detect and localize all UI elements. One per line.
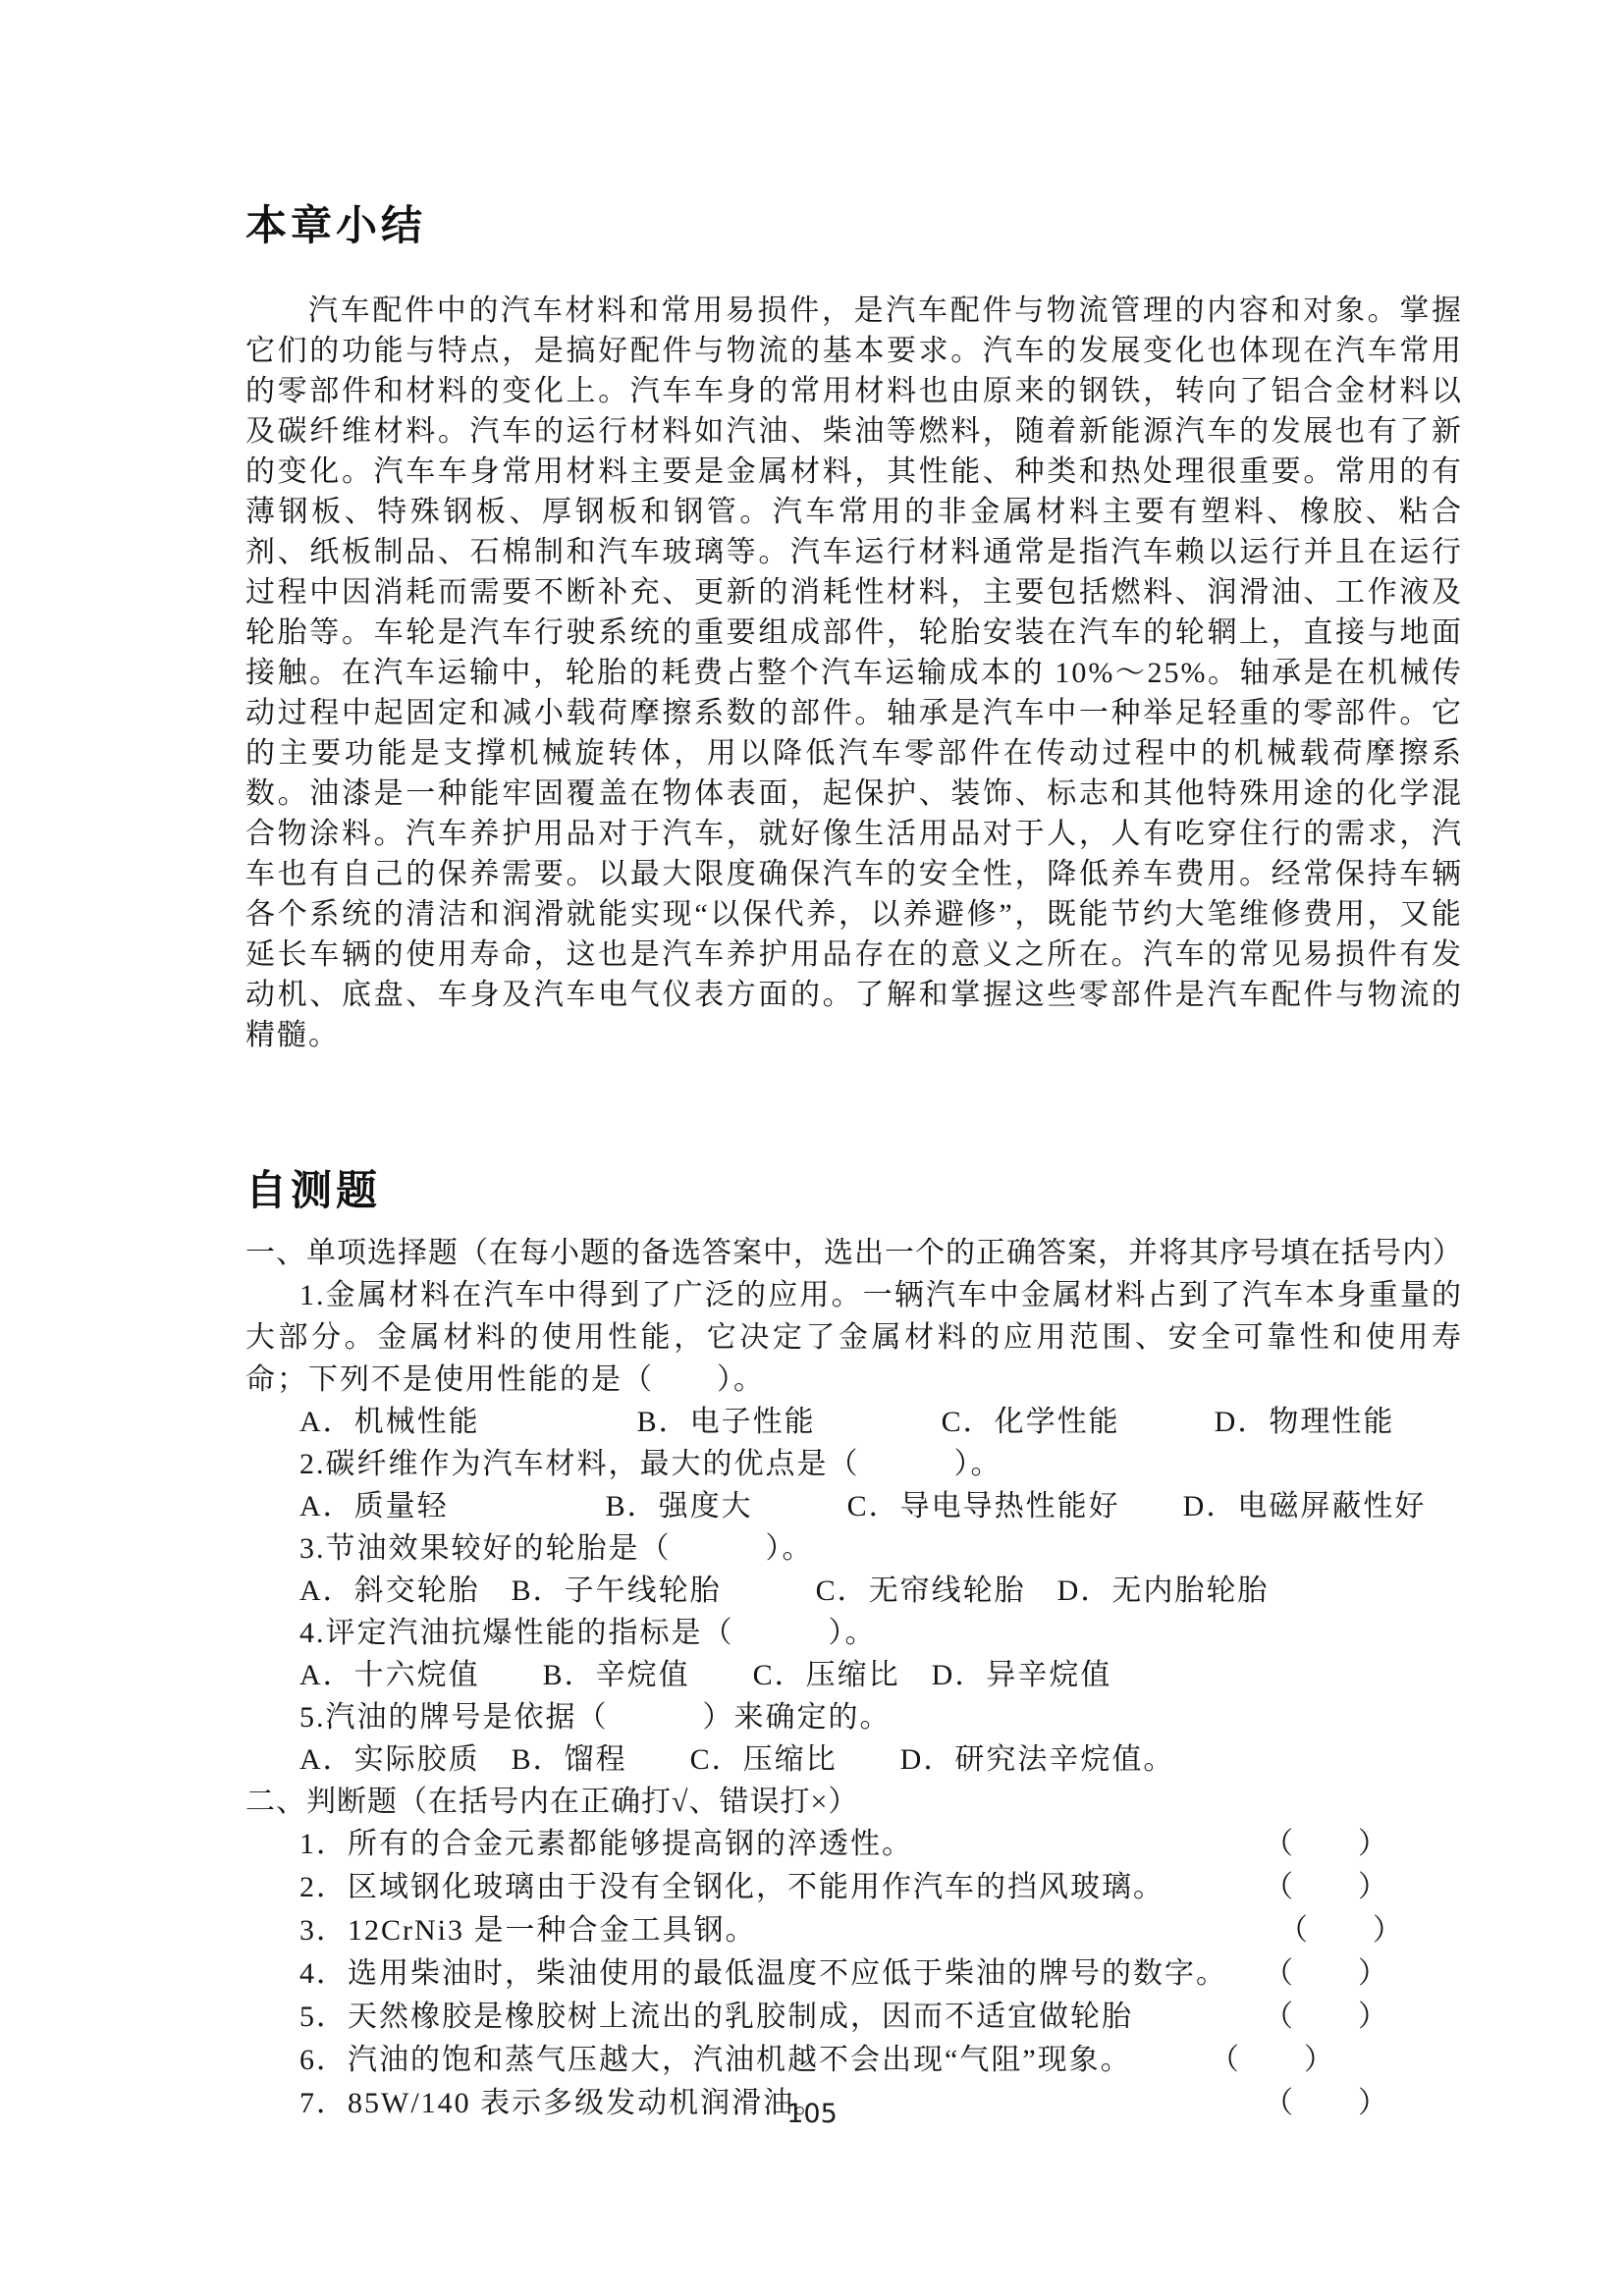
- true-false-item-4: 4．选用柴油时，柴油使用的最低温度不应低于柴油的牌号的数字。 （ ）: [245, 1952, 1463, 1996]
- self-test-body: 一、单项选择题（在每小题的备选答案中，选出一个的正确答案，并将其序号填在括号内）…: [245, 1232, 1463, 2125]
- question-options: A．实际胶质 B．馏程 C．压缩比 D．研究法辛烷值。: [245, 1738, 1463, 1781]
- statement-text: 5．天然橡胶是橡胶树上流出的乳胶制成，因而不适宜做轮胎: [299, 1996, 1133, 2039]
- true-false-section-heading: 二、判断题（在括号内在正确打√、错误打×）: [245, 1781, 1463, 1823]
- chapter-summary-paragraph: 汽车配件中的汽车材料和常用易损件，是汽车配件与物流管理的内容和对象。掌握它们的功…: [245, 291, 1463, 1055]
- question-stem: 2.碳纤维作为汽车材料，最大的优点是（ ）。: [245, 1443, 1463, 1485]
- question-stem: 4.评定汽油抗爆性能的指标是（ ）。: [245, 1612, 1463, 1654]
- mc-question-2: 2.碳纤维作为汽车材料，最大的优点是（ ）。 A．质量轻 B．强度大 C．导电导…: [245, 1443, 1463, 1527]
- question-stem: 5.汽油的牌号是依据（ ）来确定的。: [245, 1696, 1463, 1738]
- question-stem: 3.节油效果较好的轮胎是（ ）。: [245, 1527, 1463, 1570]
- answer-bracket: （ ）: [1264, 1996, 1389, 2039]
- answer-bracket: （ ）: [1264, 1823, 1389, 1866]
- true-false-item-3: 3．12CrNi3 是一种合金工具钢。 （ ）: [245, 1909, 1463, 1952]
- question-options: A．质量轻 B．强度大 C．导电导热性能好 D．电磁屏蔽性好: [245, 1485, 1463, 1527]
- true-false-list: 1．所有的合金元素都能够提高钢的淬透性。 （ ） 2．区域钢化玻璃由于没有全钢化…: [245, 1823, 1463, 2125]
- statement-text: 2．区域钢化玻璃由于没有全钢化，不能用作汽车的挡风玻璃。: [299, 1866, 1164, 1909]
- answer-bracket: （ ）: [1278, 1909, 1404, 1952]
- answer-bracket: （ ）: [1210, 2039, 1335, 2082]
- page-number: 105: [0, 2099, 1624, 2129]
- true-false-item-1: 1．所有的合金元素都能够提高钢的淬透性。 （ ）: [245, 1823, 1463, 1866]
- document-page: 本章小结 汽车配件中的汽车材料和常用易损件，是汽车配件与物流管理的内容和对象。掌…: [0, 0, 1624, 2296]
- statement-text: 1．所有的合金元素都能够提高钢的淬透性。: [299, 1823, 913, 1866]
- chapter-summary-heading: 本章小结: [245, 200, 1463, 251]
- mc-question-3: 3.节油效果较好的轮胎是（ ）。 A．斜交轮胎 B．子午线轮胎 C．无帘线轮胎 …: [245, 1527, 1463, 1612]
- answer-bracket: （ ）: [1264, 1866, 1389, 1909]
- self-test-heading: 自测题: [245, 1165, 1463, 1216]
- mc-question-4: 4.评定汽油抗爆性能的指标是（ ）。 A．十六烷值 B．辛烷值 C．压缩比 D．…: [245, 1612, 1463, 1696]
- statement-text: 4．选用柴油时，柴油使用的最低温度不应低于柴油的牌号的数字。: [299, 1952, 1227, 1996]
- statement-text: 6．汽油的饱和蒸气压越大，汽油机越不会出现“气阻”现象。: [299, 2039, 1132, 2082]
- mc-question-5: 5.汽油的牌号是依据（ ）来确定的。 A．实际胶质 B．馏程 C．压缩比 D．研…: [245, 1696, 1463, 1781]
- page-content: 本章小结 汽车配件中的汽车材料和常用易损件，是汽车配件与物流管理的内容和对象。掌…: [245, 200, 1463, 2125]
- question-stem: 1.金属材料在汽车中得到了广泛的应用。一辆汽车中金属材料占到了汽车本身重量的大部…: [245, 1274, 1463, 1401]
- statement-text: 3．12CrNi3 是一种合金工具钢。: [299, 1909, 757, 1952]
- multiple-choice-section-heading: 一、单项选择题（在每小题的备选答案中，选出一个的正确答案，并将其序号填在括号内）: [245, 1232, 1463, 1274]
- true-false-item-2: 2．区域钢化玻璃由于没有全钢化，不能用作汽车的挡风玻璃。 （ ）: [245, 1866, 1463, 1909]
- question-options: A．机械性能 B．电子性能 C．化学性能 D．物理性能: [245, 1401, 1463, 1443]
- mc-question-1: 1.金属材料在汽车中得到了广泛的应用。一辆汽车中金属材料占到了汽车本身重量的大部…: [245, 1274, 1463, 1443]
- answer-bracket: （ ）: [1264, 1952, 1389, 1996]
- question-options: A．斜交轮胎 B．子午线轮胎 C．无帘线轮胎 D．无内胎轮胎: [245, 1570, 1463, 1612]
- true-false-item-6: 6．汽油的饱和蒸气压越大，汽油机越不会出现“气阻”现象。 （ ）: [245, 2039, 1463, 2082]
- question-options: A．十六烷值 B．辛烷值 C．压缩比 D．异辛烷值: [245, 1654, 1463, 1696]
- true-false-item-5: 5．天然橡胶是橡胶树上流出的乳胶制成，因而不适宜做轮胎 （ ）: [245, 1996, 1463, 2039]
